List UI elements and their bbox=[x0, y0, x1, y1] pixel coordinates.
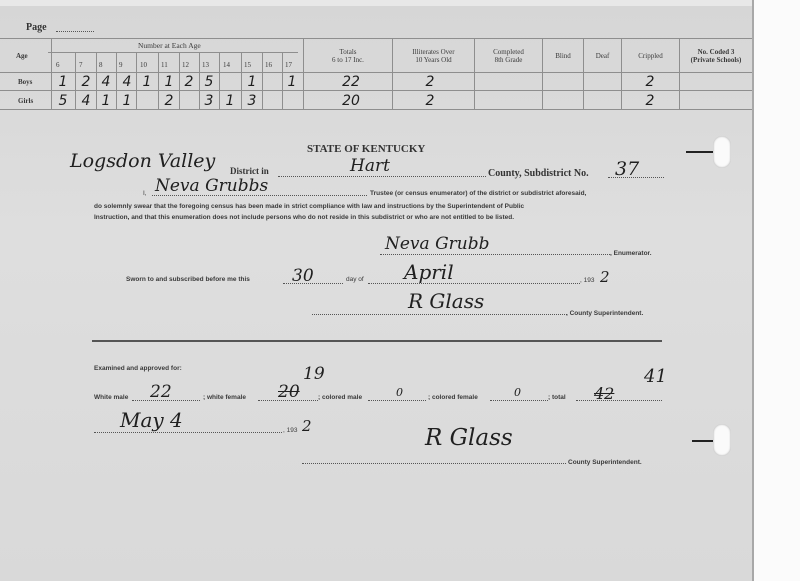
number-at-each-age-header: Number at Each Age bbox=[138, 42, 201, 50]
colored-male-label: ; colored male bbox=[318, 394, 362, 401]
boys-age-13: 5 bbox=[199, 74, 219, 90]
total-value: 42 bbox=[594, 384, 614, 403]
girls-age-9: 1 bbox=[117, 93, 137, 109]
private-schools-header: No. Coded 3 (Private Schools) bbox=[680, 48, 752, 64]
boys-age-11: 1 bbox=[159, 74, 179, 90]
deaf-header: Deaf bbox=[584, 52, 621, 60]
col-rule bbox=[51, 38, 52, 109]
enumerator-label: , Enumerator. bbox=[610, 250, 652, 257]
paper-top-edge bbox=[0, 0, 752, 6]
trustee-label: Trustee (or census enumerator) of the di… bbox=[370, 190, 586, 197]
crippled-header: Crippled bbox=[622, 52, 679, 60]
col-rule bbox=[621, 38, 622, 109]
punch-hole-bottom bbox=[713, 424, 731, 456]
section-divider bbox=[92, 340, 662, 342]
table-top-rule bbox=[0, 38, 752, 39]
age-col-15: 15 bbox=[244, 61, 251, 69]
completed-8th-grade-header: Completed 8th Grade bbox=[475, 48, 542, 64]
subdistrict-number: 37 bbox=[615, 158, 639, 180]
age-col-10: 10 bbox=[140, 61, 147, 69]
age-col-7: 7 bbox=[79, 61, 83, 69]
punch-hole-top bbox=[713, 136, 731, 168]
age-col-9: 9 bbox=[119, 61, 123, 69]
col-rule bbox=[583, 38, 584, 109]
approval-year-prefix: , 193 bbox=[283, 427, 297, 434]
total-correction: 41 bbox=[644, 366, 667, 387]
sworn-month: April bbox=[404, 260, 454, 284]
illiterates-header: Illiterates Over 10 Years Old bbox=[393, 48, 474, 64]
boys-total: 22 bbox=[336, 74, 366, 90]
girls-total: 20 bbox=[336, 93, 366, 109]
sworn-label: Sworn to and subscribed before me this bbox=[126, 276, 250, 283]
trustee-name: Neva Grubbs bbox=[155, 176, 268, 196]
age-col-13: 13 bbox=[202, 61, 209, 69]
col-rule bbox=[542, 38, 543, 109]
boys-age-6: 1 bbox=[53, 74, 73, 90]
age-col-8: 8 bbox=[99, 61, 103, 69]
approval-date: May 4 bbox=[120, 408, 183, 432]
approval-superintendent-line bbox=[302, 463, 566, 464]
girls-age-8: 1 bbox=[96, 93, 116, 109]
boys-row-rule bbox=[0, 90, 752, 91]
i-label: I, bbox=[143, 190, 147, 197]
girls-illiterates: 2 bbox=[420, 93, 440, 109]
boys-age-12: 2 bbox=[179, 74, 199, 90]
examined-label: Examined and approved for: bbox=[94, 365, 182, 372]
trustee-line bbox=[152, 195, 367, 196]
colored-male-line bbox=[368, 400, 426, 401]
total-line bbox=[576, 400, 662, 401]
girls-age-11: 2 bbox=[159, 93, 179, 109]
table-bottom-rule bbox=[0, 109, 752, 110]
total-label: ; total bbox=[548, 394, 566, 401]
totals-header: Totals 6 to 17 Inc. bbox=[304, 48, 392, 64]
district-name: Logsdon Valley bbox=[70, 150, 215, 172]
sworn-month-line bbox=[368, 283, 580, 284]
girls-age-6: 5 bbox=[53, 93, 73, 109]
girls-age-14: 1 bbox=[220, 93, 240, 109]
hole-marker-top bbox=[686, 151, 716, 153]
sworn-day: 30 bbox=[292, 266, 314, 286]
oath-line-2: Instruction, and that this enumeration d… bbox=[94, 214, 514, 221]
girls-crippled: 2 bbox=[640, 93, 660, 109]
girls-age-7: 4 bbox=[76, 93, 96, 109]
county-line bbox=[278, 176, 486, 177]
oath-line-1: do solemnly swear that the foregoing cen… bbox=[94, 203, 524, 210]
colored-female-value: 0 bbox=[514, 386, 521, 399]
col-rule bbox=[262, 53, 263, 109]
white-female-correction: 19 bbox=[303, 364, 325, 384]
approval-year-digit: 2 bbox=[302, 417, 312, 435]
boys-illiterates: 2 bbox=[420, 74, 440, 90]
superintendent-signature: R Glass bbox=[408, 289, 484, 313]
approval-superintendent-label: County Superintendent. bbox=[568, 459, 642, 466]
age-col-17: 17 bbox=[285, 61, 292, 69]
boys-age-17: 1 bbox=[282, 74, 302, 90]
approval-superintendent-signature: R Glass bbox=[425, 425, 513, 451]
white-female-label: ; white female bbox=[203, 394, 246, 401]
girls-age-15: 3 bbox=[242, 93, 262, 109]
boys-crippled: 2 bbox=[640, 74, 660, 90]
age-header: Age bbox=[16, 52, 28, 60]
white-male-value: 22 bbox=[150, 382, 172, 402]
girls-age-13: 3 bbox=[199, 93, 219, 109]
sworn-year-prefix: , 193 bbox=[580, 277, 594, 284]
age-group-rule bbox=[48, 52, 298, 53]
colored-female-line bbox=[490, 400, 548, 401]
age-col-14: 14 bbox=[223, 61, 230, 69]
boys-age-7: 2 bbox=[76, 74, 96, 90]
age-col-11: 11 bbox=[161, 61, 168, 69]
boys-age-10: 1 bbox=[137, 74, 157, 90]
census-form-sheet: Page Age Number at Each Age 6 7 8 9 10 1… bbox=[0, 0, 754, 581]
age-col-16: 16 bbox=[265, 61, 272, 69]
boys-age-9: 4 bbox=[117, 74, 137, 90]
boys-age-15: 1 bbox=[242, 74, 262, 90]
white-female-value: 20 bbox=[278, 382, 300, 402]
approval-date-line bbox=[94, 432, 282, 433]
page-number-line bbox=[56, 31, 94, 32]
white-male-label: White male bbox=[94, 394, 128, 401]
county-name: Hart bbox=[350, 156, 390, 176]
superintendent-line bbox=[312, 314, 567, 315]
district-label: District in bbox=[230, 166, 269, 176]
enumerator-signature: Neva Grubb bbox=[385, 234, 490, 254]
enumerator-line bbox=[380, 254, 610, 255]
day-of-label: day of bbox=[346, 276, 364, 283]
age-col-6: 6 bbox=[56, 61, 60, 69]
page-label: Page bbox=[26, 22, 47, 33]
colored-male-value: 0 bbox=[396, 386, 403, 399]
blind-header: Blind bbox=[543, 52, 583, 60]
header-bottom-rule bbox=[0, 72, 752, 73]
girls-row-label: Girls bbox=[18, 97, 33, 105]
age-col-12: 12 bbox=[182, 61, 189, 69]
county-subdistrict-label: County, Subdistrict No. bbox=[488, 168, 589, 179]
form-title: STATE OF KENTUCKY bbox=[307, 143, 425, 155]
superintendent-label: , County Superintendent. bbox=[566, 310, 643, 317]
sworn-year-digit: 2 bbox=[600, 268, 610, 286]
boys-age-8: 4 bbox=[96, 74, 116, 90]
boys-row-label: Boys bbox=[18, 78, 32, 86]
colored-female-label: ; colored female bbox=[428, 394, 478, 401]
